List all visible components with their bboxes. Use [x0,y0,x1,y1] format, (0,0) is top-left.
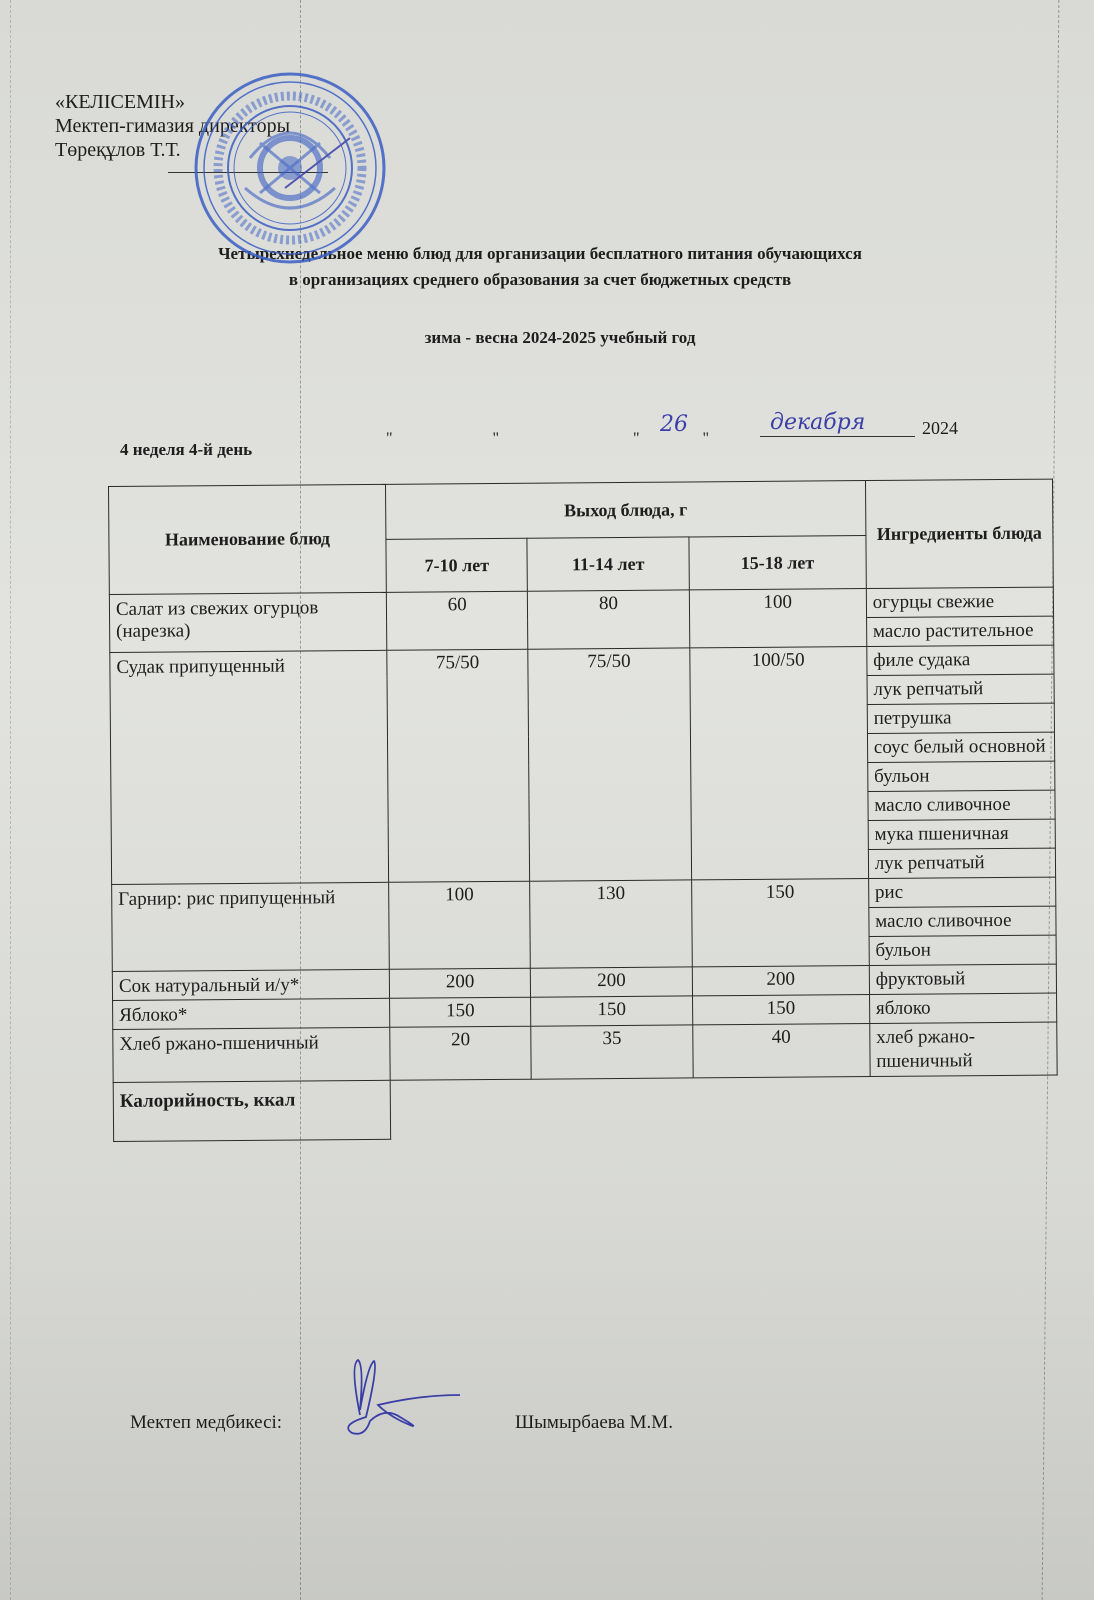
table-row: Хлеб ржано-пшеничный203540хлеб ржано-пше… [113,1022,1057,1082]
yield-value: 130 [530,880,692,968]
ingredient: рис [868,877,1055,907]
nurse-signature [330,1355,470,1435]
dish-name: Хлеб ржано-пшеничный [113,1027,391,1082]
header-age-15-18: 15-18 лет [689,536,866,590]
empty-date-quotes: " " [386,430,547,448]
ingredient: лук репчатый [868,848,1055,878]
ingredient: масло сливочное [868,790,1055,820]
header-age-11-14: 11-14 лет [527,537,689,591]
nurse-label: Мектеп медбикесі: [130,1412,282,1434]
ingredient: масло сливочное [869,906,1056,936]
ingredient: огурцы свежие [866,587,1053,617]
dish-name: Гарнир: рис припущенный [112,882,390,971]
ingredient: фруктовый [869,964,1056,994]
ingredient: масло растительное [866,616,1053,646]
nurse-name: Шымырбаева М.М. [515,1412,673,1434]
ingredient: филе судака [867,645,1054,675]
yield-value: 100/50 [690,647,869,880]
handwritten-month: декабря [770,410,865,435]
dish-name: Судак припущенный [110,650,389,884]
yield-value: 200 [389,968,530,998]
dish-name: Яблоко* [113,998,390,1029]
yield-value: 200 [692,966,869,996]
calorie-label: Калорийность, ккал [113,1080,391,1141]
school-period: зима - весна 2024-2025 учебный год [60,328,1060,348]
month-underline [760,436,915,437]
yield-value: 80 [528,590,690,649]
header-dish-name: Наименование блюд [109,484,387,594]
yield-value: 75/50 [528,648,691,881]
header-yield: Выход блюда, г [386,481,866,540]
dish-name: Сок натуральный и/у* [112,969,389,1000]
yield-value: 150 [692,995,869,1025]
header-ingredients: Ингредиенты блюда [865,479,1053,588]
week-day-label: 4 неделя 4-й день [120,440,252,460]
ingredient: петрушка [867,703,1054,733]
ingredient: лук репчатый [867,674,1054,704]
ingredient: соус белый основной [867,732,1054,762]
ingredient: мука пшеничная [868,819,1055,849]
page-edge-line [10,0,11,1600]
yield-value: 200 [531,967,693,997]
handwritten-day: 26 [660,412,688,437]
yield-value: 100 [689,589,866,648]
yield-value: 20 [390,1026,532,1080]
yield-value: 150 [691,879,869,967]
date-year: 2024 [922,418,958,439]
open-quote: " [633,430,640,447]
calorie-value [390,1075,1057,1139]
ingredient: бульон [869,935,1056,965]
header-age-7-10: 7-10 лет [386,538,528,592]
yield-value: 35 [531,1025,693,1079]
official-seal-icon [190,68,390,268]
yield-value: 150 [531,996,693,1026]
calorie-row: Калорийность, ккал [113,1075,1057,1141]
ingredient: хлеб ржано-пшеничный [870,1022,1058,1076]
close-quote: " [703,430,710,447]
dish-name: Салат из свежих огурцов (нарезка) [109,592,387,652]
menu-document: «КЕЛІСЕМІН» Мектеп-гимазия директоры Төр… [0,0,1094,1600]
menu-table: Наименование блюд Выход блюда, г Ингреди… [108,479,1058,1142]
yield-value: 60 [386,591,528,650]
document-subtitle: в организациях среднего образования за с… [40,270,1040,290]
ingredient: бульон [867,761,1054,791]
yield-value: 100 [389,881,531,969]
yield-value: 40 [693,1024,870,1078]
yield-value: 150 [390,997,531,1027]
ingredient: яблоко [869,993,1056,1023]
yield-value: 75/50 [387,649,530,882]
